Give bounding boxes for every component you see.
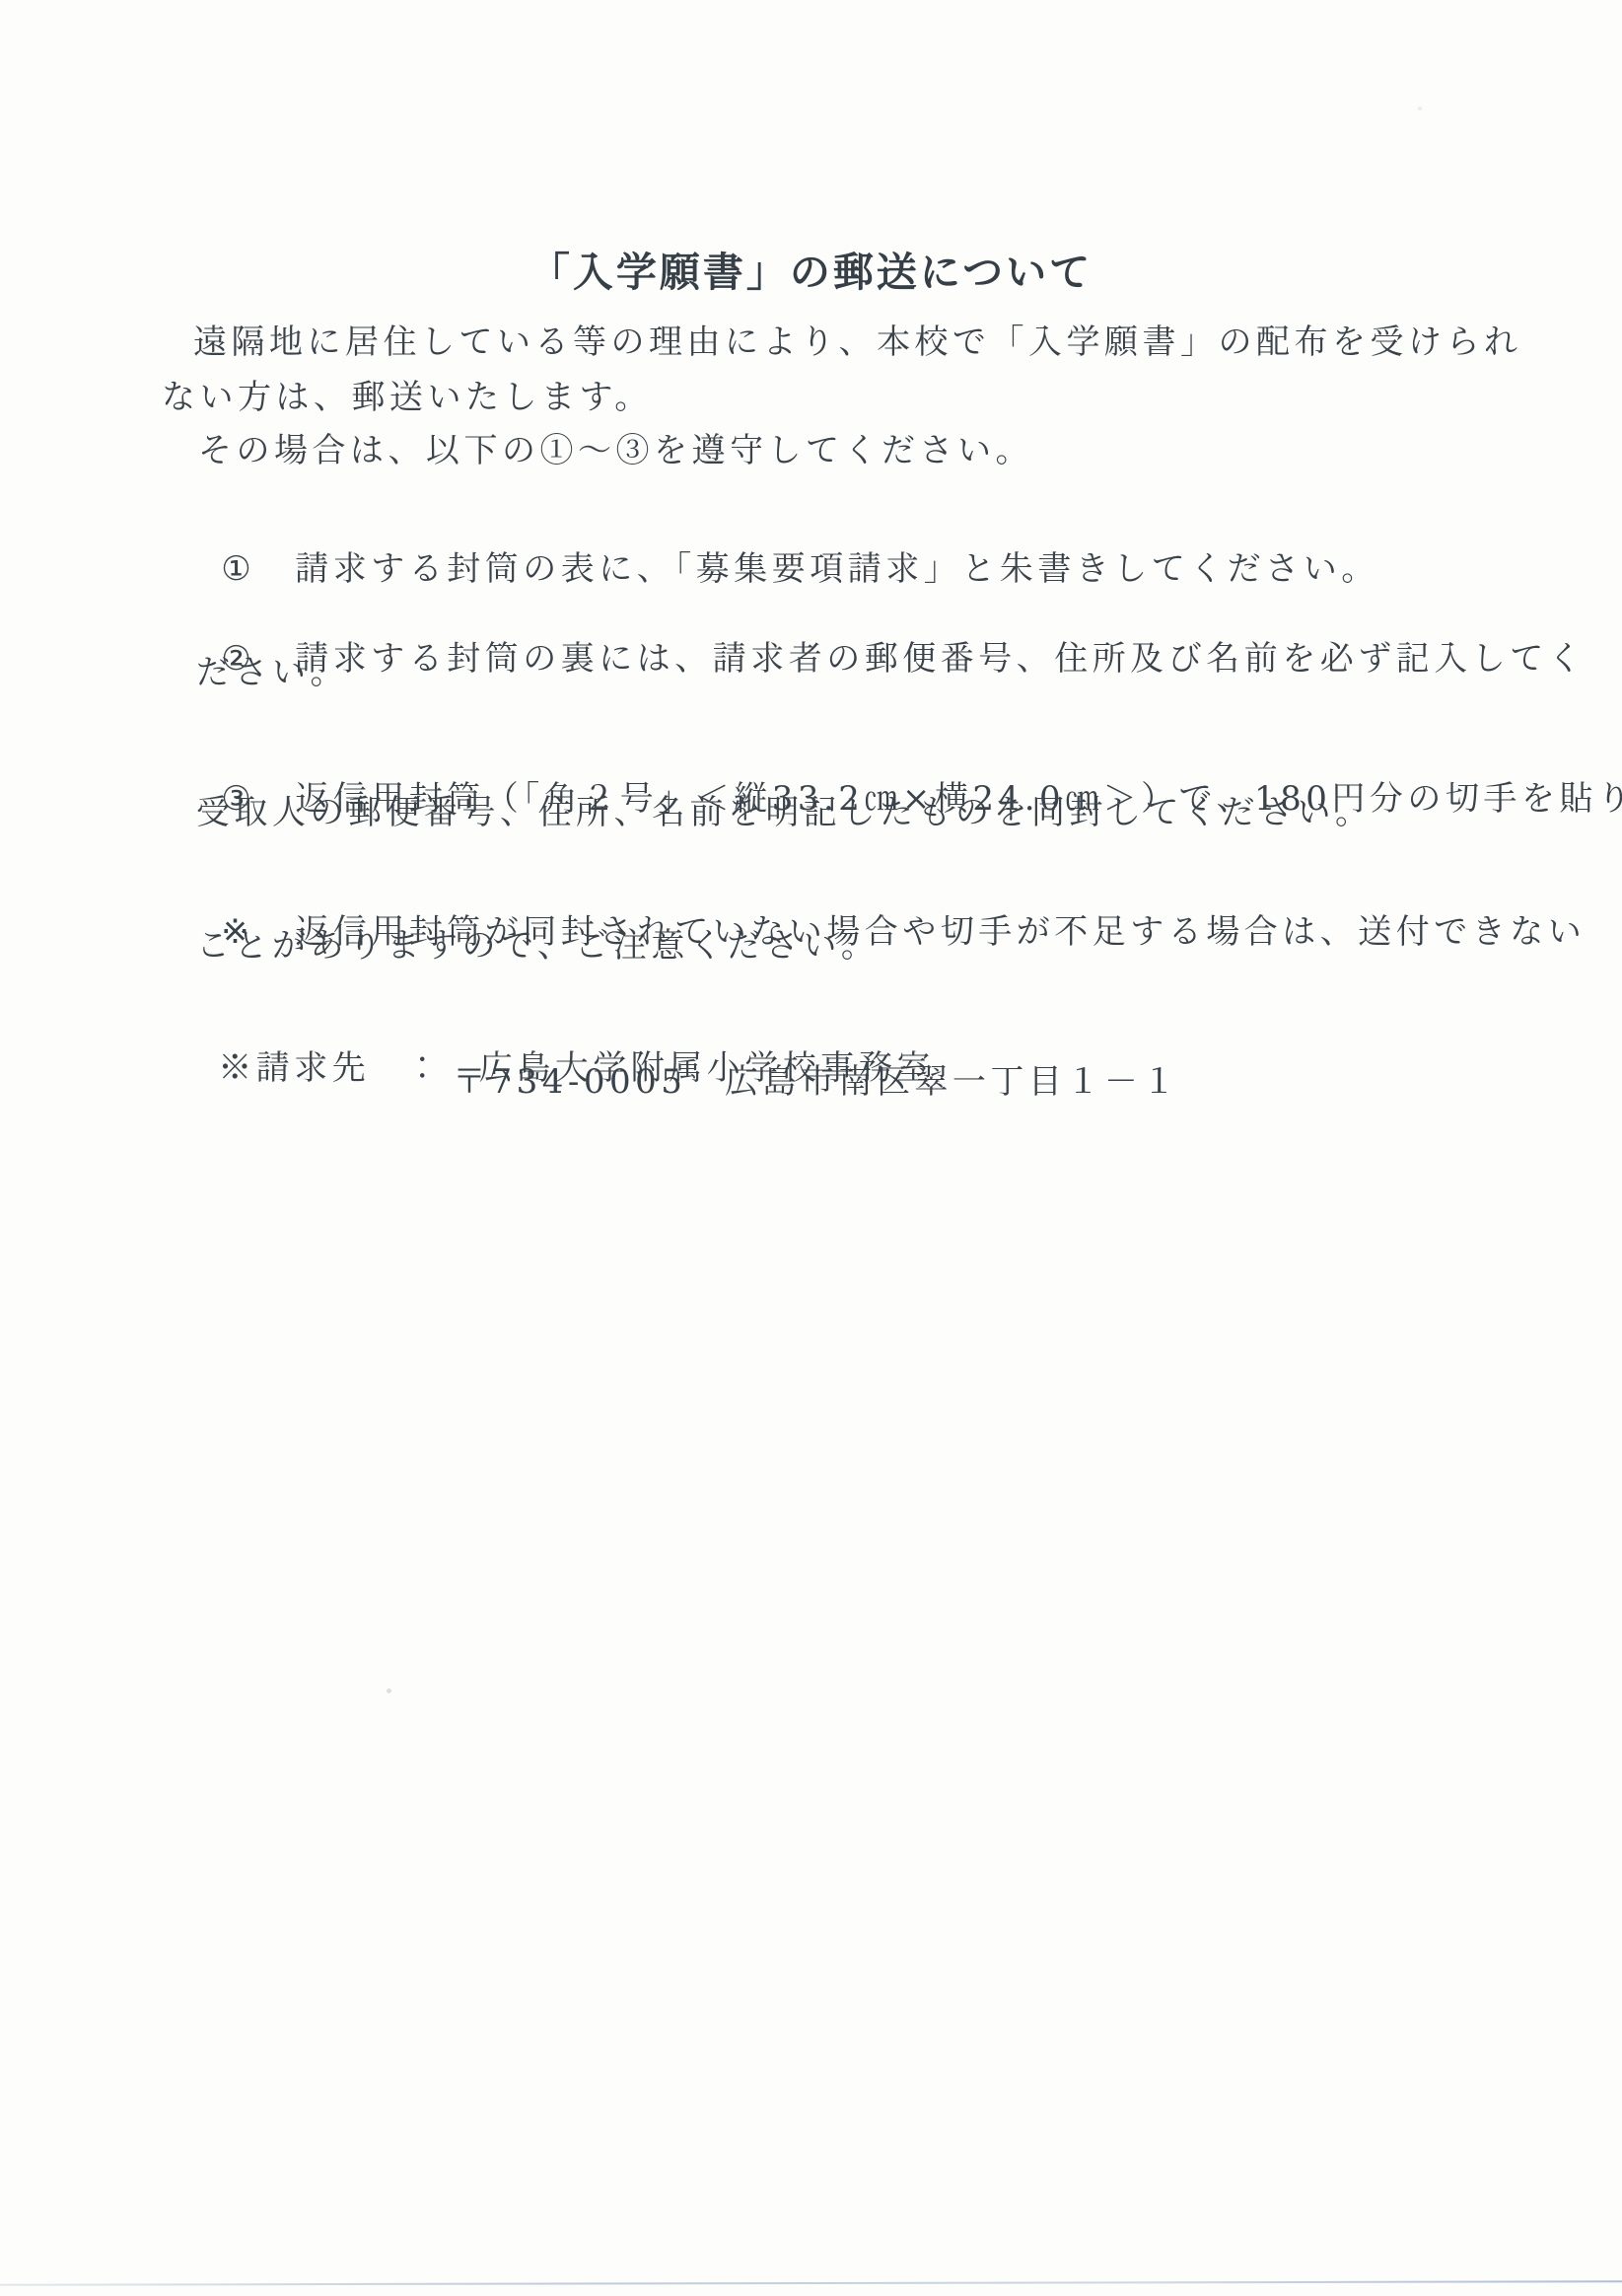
intro-line-1: 遠隔地に居住している等の理由により、本校で「入学願書」の配布を受けられ — [193, 323, 1522, 363]
list-item-3-continuation: 受取人の郵便番号、住所、名前を明記したものを同封してください。 — [196, 793, 1374, 833]
scanned-document-page: 「入学願書」の郵送について 遠隔地に居住している等の理由により、本校で「入学願書… — [0, 0, 1622, 2296]
item-1-number: ① — [221, 549, 295, 590]
list-item-2-continuation: ださい。 — [196, 653, 348, 693]
scan-speckle — [387, 1688, 391, 1693]
contact-address: 〒734-0005 広島市南区翠一丁目１－１ — [453, 1062, 1180, 1103]
scan-speckle — [1418, 107, 1422, 110]
page-title: 「入学願書」の郵送について — [0, 240, 1622, 298]
note-continuation: ことがありますので、ご注意ください。 — [196, 926, 879, 967]
intro-line-2: ない方は、郵送いたします。 — [162, 378, 653, 418]
contact-label: ※請求先 — [218, 1048, 370, 1088]
item-2-text: 請求する封筒の裏には、請求者の郵便番号、住所及び名前を必ず記入してく — [295, 639, 1586, 679]
item-1-text: 請求する封筒の表に、「募集要項請求」と朱書きしてください。 — [295, 549, 1379, 589]
list-item-2: ②請求する封筒の裏には、請求者の郵便番号、住所及び名前を必ず記入してく — [161, 599, 1586, 719]
intro-line-3: その場合は、以下の①～③を遵守してください。 — [198, 431, 1033, 471]
scan-edge-artifact — [0, 2280, 1622, 2285]
